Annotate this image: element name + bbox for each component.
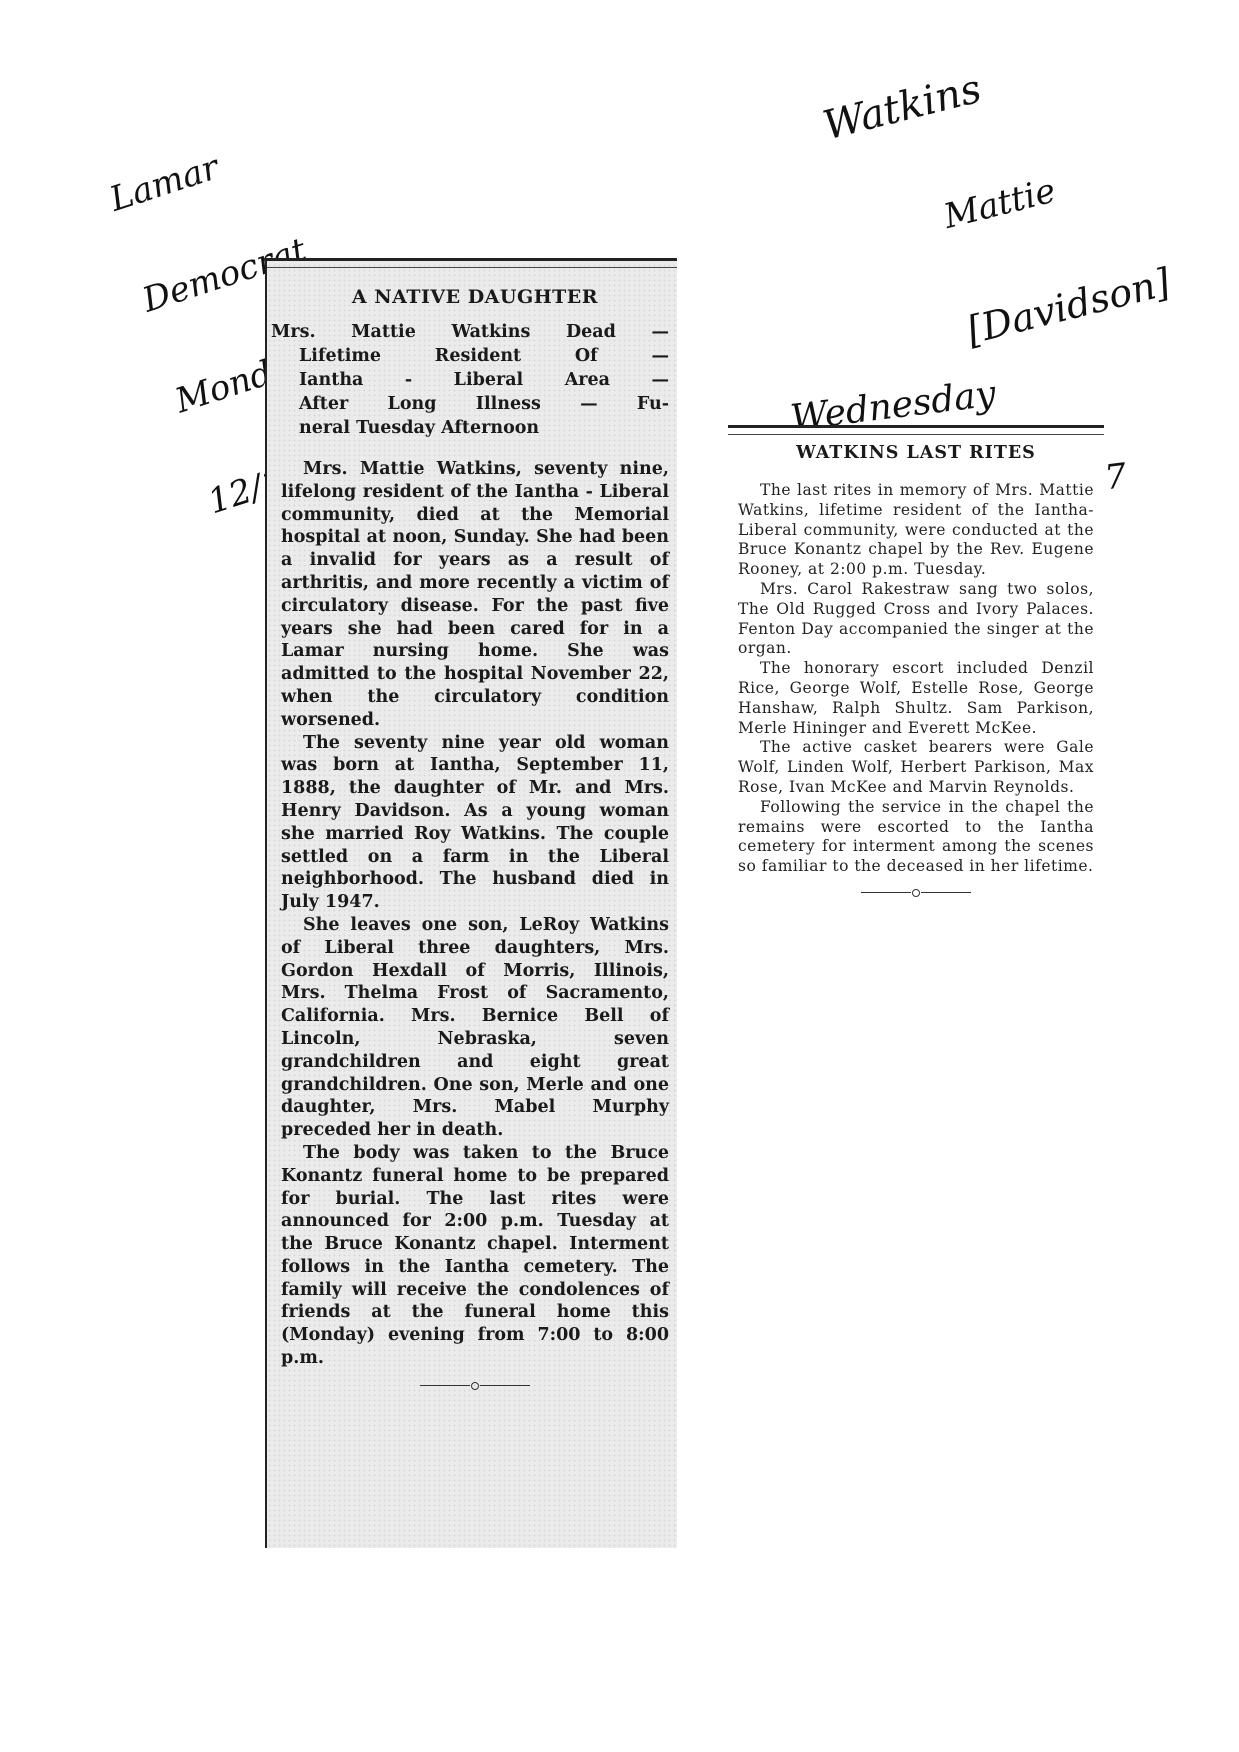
article-deck: Mrs. Mattie Watkins Dead — Lifetime Resi… [281, 320, 669, 440]
note-line: Lamar [106, 124, 303, 217]
header-rule [728, 425, 1104, 435]
paragraph: The active casket bearers were Gale Wolf… [738, 738, 1094, 797]
article-headline: WATKINS LAST RITES [738, 443, 1094, 463]
paragraph: The seventy nine year old woman was born… [281, 732, 669, 914]
note-line: Mattie [941, 152, 1146, 234]
article-column: WATKINS LAST RITES The last rites in mem… [738, 435, 1094, 901]
obituary-clipping: A NATIVE DAUGHTER Mrs. Mattie Watkins De… [265, 258, 677, 1548]
end-ornament [281, 1378, 669, 1394]
article-column: A NATIVE DAUGHTER Mrs. Mattie Watkins De… [281, 278, 669, 1394]
paragraph: The last rites in memory of Mrs. Mattie … [738, 481, 1094, 580]
paragraph: Following the service in the chapel the … [738, 798, 1094, 877]
article-body: The last rites in memory of Mrs. Mattie … [738, 481, 1094, 877]
note-line: Watkins [819, 36, 1117, 147]
end-ornament [738, 885, 1094, 901]
article-body: Mrs. Mattie Watkins, seventy nine, lifel… [281, 458, 669, 1370]
deck-line: neral Tuesday Afternoon [281, 416, 669, 440]
deck-line: Iantha - Liberal Area — [281, 368, 669, 392]
header-rule [267, 258, 677, 268]
deck-line: After Long Illness — Fu- [281, 392, 669, 416]
paragraph: The body was taken to the Bruce Konantz … [281, 1142, 669, 1370]
deck-line: Lifetime Resident Of — [281, 344, 669, 368]
paragraph: Mrs. Mattie Watkins, seventy nine, lifel… [281, 458, 669, 732]
last-rites-clipping: WATKINS LAST RITES The last rites in mem… [728, 425, 1104, 1085]
paragraph: She leaves one son, LeRoy Watkins of Lib… [281, 914, 669, 1142]
article-headline: A NATIVE DAUGHTER [281, 286, 669, 308]
paragraph: The honorary escort included Denzil Rice… [738, 659, 1094, 738]
paragraph: Mrs. Carol Rakestraw sang two solos, The… [738, 580, 1094, 659]
deck-line: Mrs. Mattie Watkins Dead — [271, 320, 669, 344]
